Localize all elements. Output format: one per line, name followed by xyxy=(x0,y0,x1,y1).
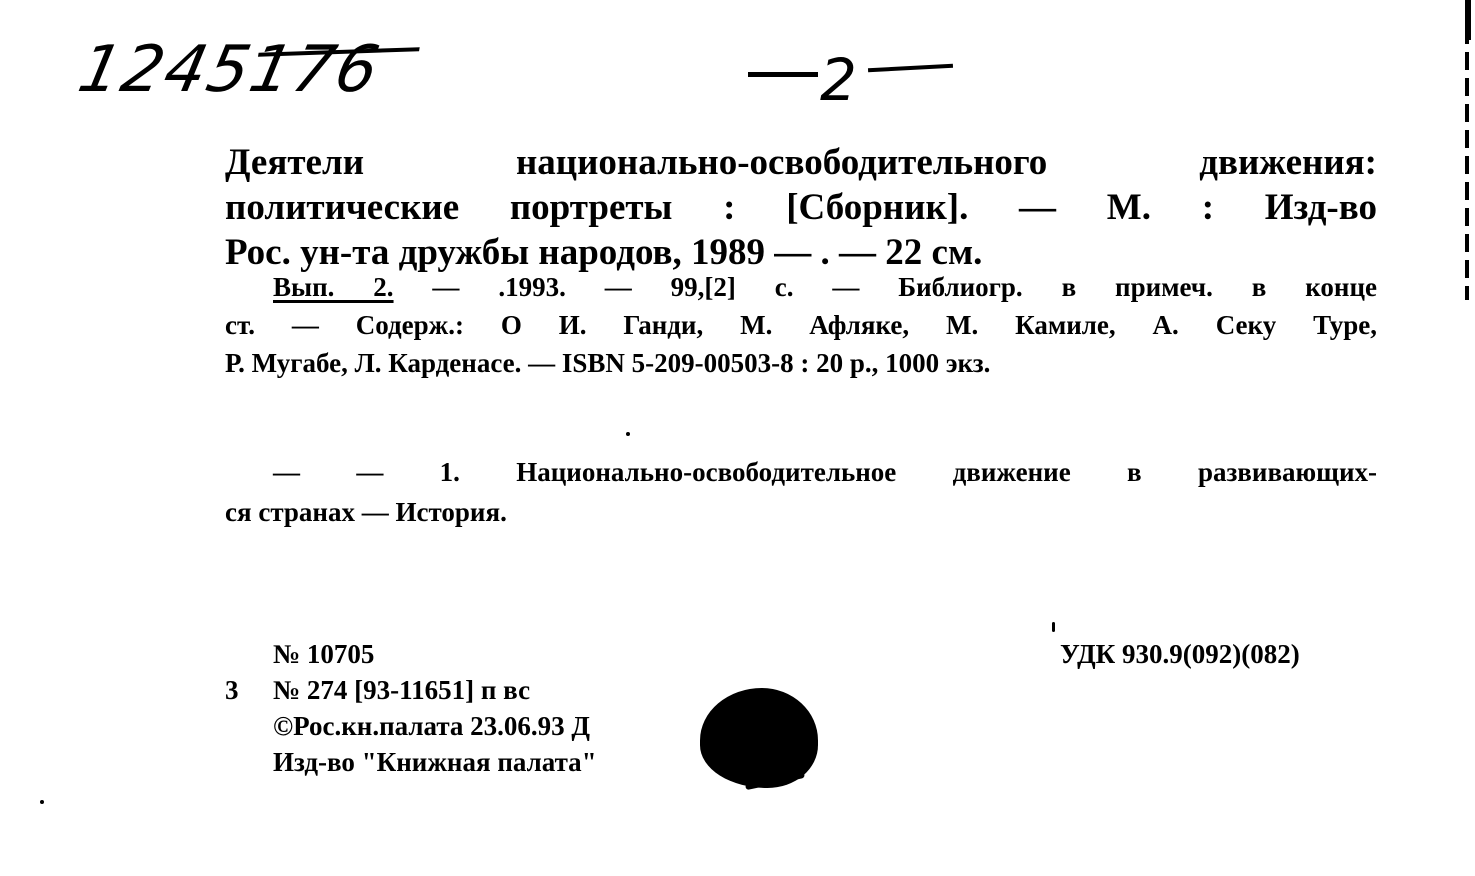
subject-line: ся странах — История. xyxy=(225,492,1377,532)
description-line: ст. — Содерж.: О И. Ганди, М. Афляке, М.… xyxy=(225,306,1377,344)
copyright-line: ©Рос.кн.палата 23.06.93 Д xyxy=(273,711,590,741)
record-number-row: № 10705 xyxy=(225,636,597,672)
handwritten-inventory-number: 1245176 xyxy=(73,38,386,102)
card-footer: № 10705 3№ 274 [93-11651] п вс ©Рос.кн.п… xyxy=(225,636,597,780)
subject-headings: — — 1. Национально-освободительное движе… xyxy=(225,452,1377,532)
order-line: № 274 [93-11651] п вс xyxy=(273,675,530,705)
udc-classification: УДК 930.9(092)(082) xyxy=(1060,636,1300,672)
title-line: политические портреты : [Сборник]. — М. … xyxy=(225,185,1377,230)
dash-left xyxy=(748,72,818,77)
publisher-row: Изд-во "Книжная палата" xyxy=(225,744,597,780)
dash-right xyxy=(868,64,953,72)
inventory-number-text: 1245176 xyxy=(72,33,387,107)
copyright-row: ©Рос.кн.палата 23.06.93 Д xyxy=(225,708,597,744)
description-text: — .1993. — 99,[2] с. — Библиогр. в приме… xyxy=(394,272,1377,302)
order-row: 3№ 274 [93-11651] п вс xyxy=(225,672,597,708)
handwritten-page-mark: 2 xyxy=(748,52,958,112)
page-mark-number: 2 xyxy=(820,46,857,114)
speck xyxy=(626,432,630,436)
volume-label: Вып. 2. xyxy=(273,272,394,302)
description-line: Вып. 2. — .1993. — 99,[2] с. — Библиогр.… xyxy=(225,268,1377,306)
title-line: Деятели национально-освободительного дви… xyxy=(225,140,1377,185)
copies-count: 3 xyxy=(225,672,273,708)
catalog-card: 1245176 2 Деятели национально-освободите… xyxy=(0,0,1475,876)
record-number: № 10705 xyxy=(273,639,374,669)
description-line: Р. Мугабе, Л. Карденасе. — ISBN 5-209-00… xyxy=(225,344,1377,382)
speck xyxy=(1052,622,1055,632)
volume-description: Вып. 2. — .1993. — 99,[2] с. — Библиогр.… xyxy=(225,268,1377,382)
title-statement: Деятели национально-освободительного дви… xyxy=(225,140,1377,275)
subject-line: — — 1. Национально-освободительное движе… xyxy=(225,452,1377,492)
card-edge-dashes xyxy=(1465,0,1469,300)
publisher-line: Изд-во "Книжная палата" xyxy=(273,747,597,777)
speck xyxy=(40,800,44,804)
